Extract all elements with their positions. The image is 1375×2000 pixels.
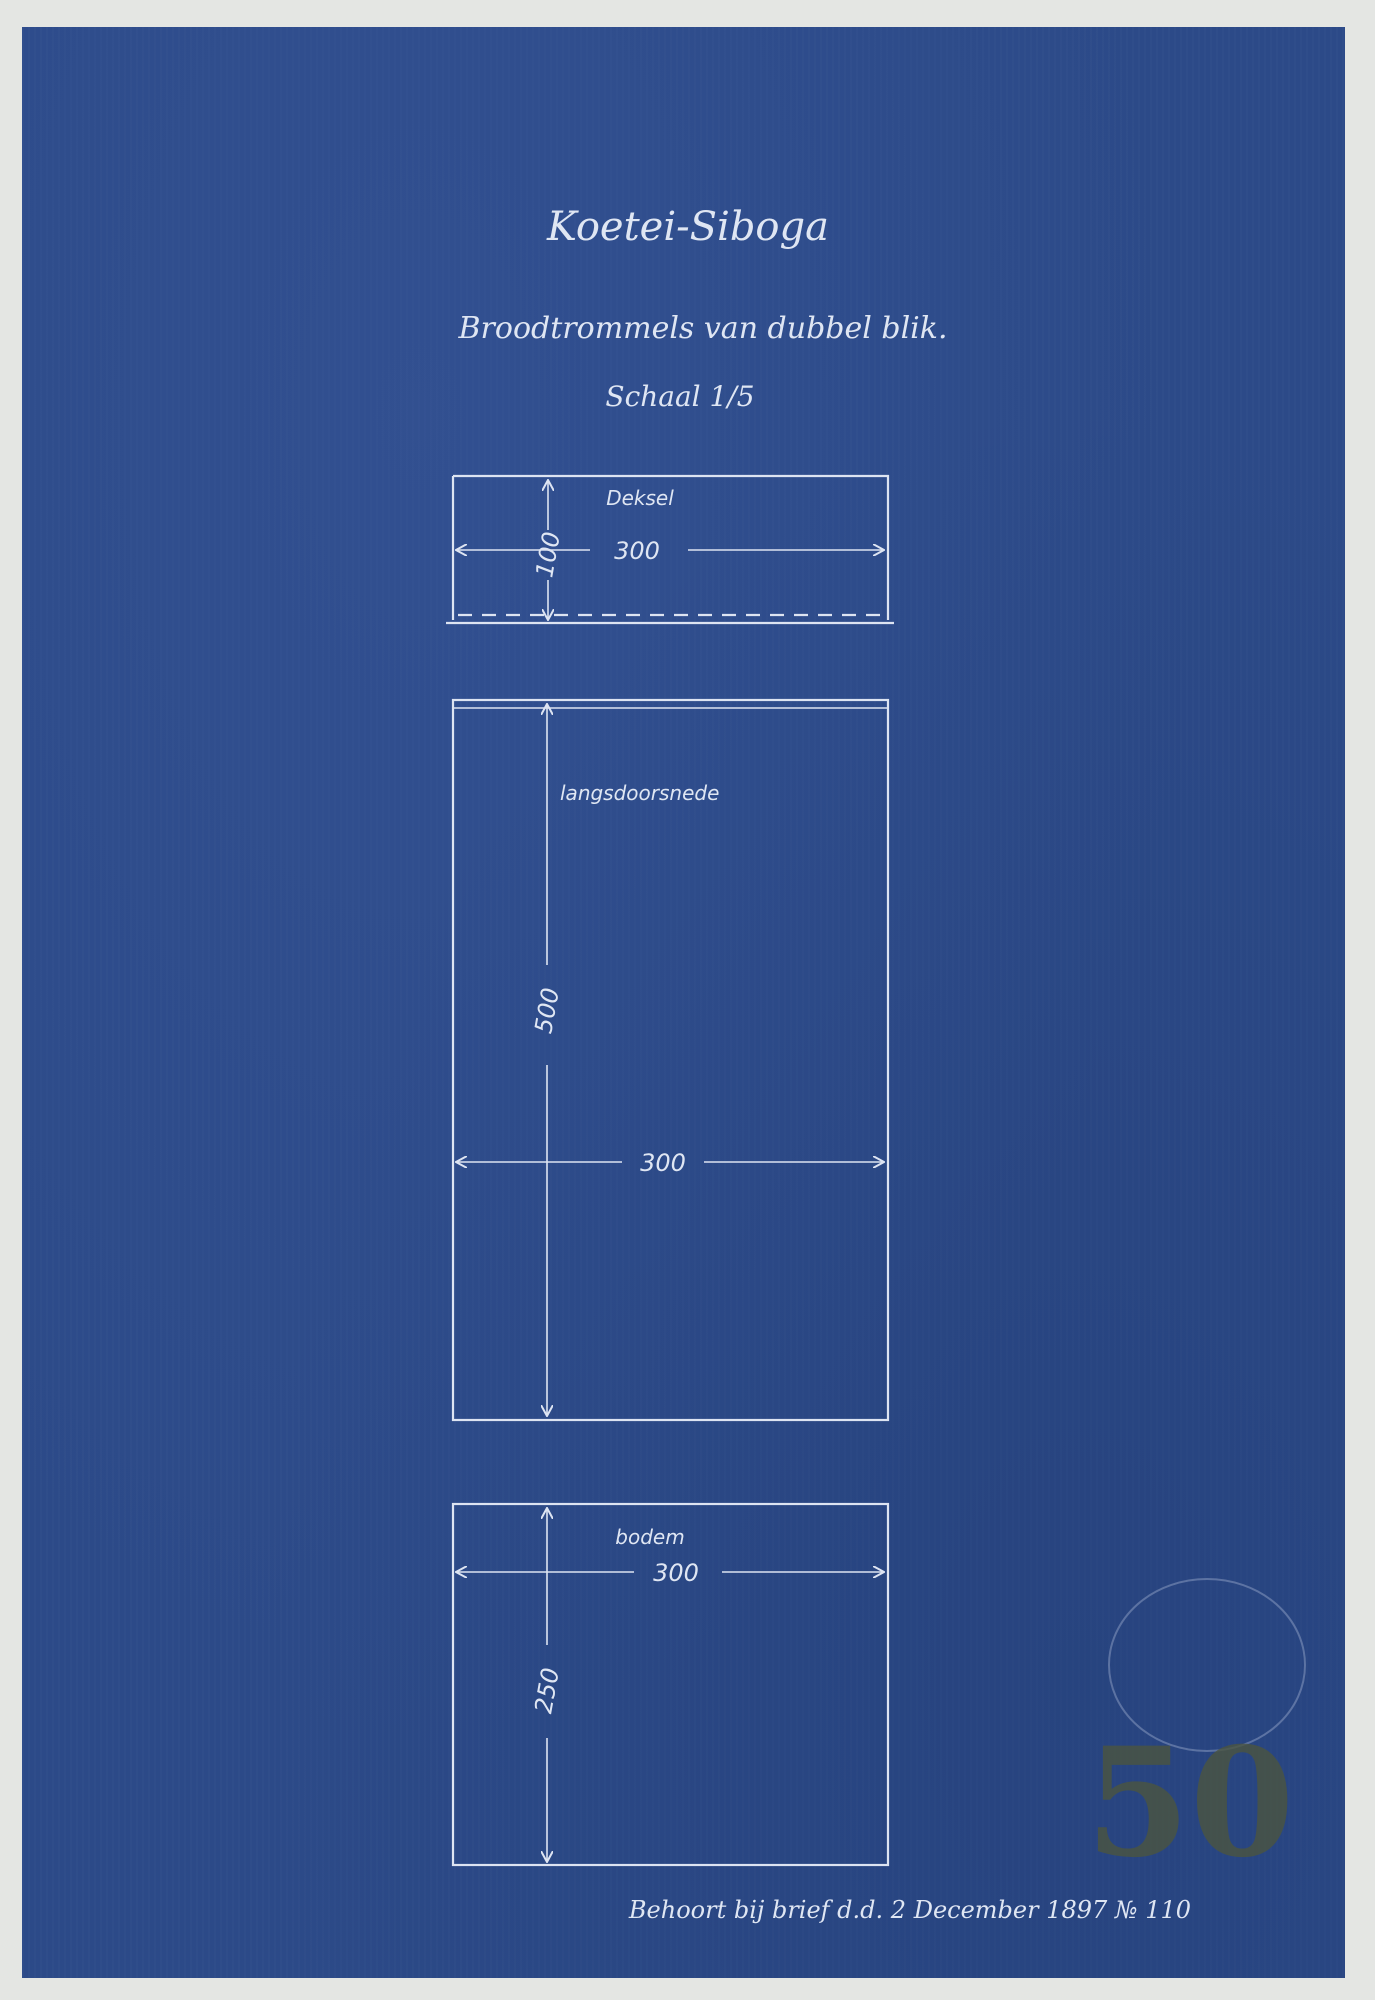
view-deksel: 100 300 Deksel <box>446 476 894 623</box>
deksel-height-label: 100 <box>530 530 566 580</box>
stencil-number: 50 <box>1086 1715 1295 1891</box>
view-bodem: 250 300 bodem <box>453 1504 888 1865</box>
title: Koetei-Siboga <box>546 204 829 250</box>
deksel-label: Deksel <box>606 486 674 510</box>
bodem-width-label: 300 <box>653 1559 699 1587</box>
bodem-height-label: 250 <box>529 1666 565 1716</box>
langsdoorsnede-outline <box>453 700 888 1420</box>
view-langsdoorsnede: 500 300 langsdoorsnede <box>453 700 888 1420</box>
langsdoorsnede-width-label: 300 <box>640 1149 686 1177</box>
blueprint-drawing: Koetei-Siboga Broodtrommels van dubbel b… <box>0 0 1375 2000</box>
langsdoorsnede-height-label: 500 <box>529 986 565 1036</box>
bodem-label: bodem <box>615 1525 684 1549</box>
footer-note: Behoort bij brief d.d. 2 December 1897 №… <box>628 1896 1191 1924</box>
langsdoorsnede-label: langsdoorsnede <box>560 781 719 805</box>
scale-label: Schaal 1/5 <box>605 380 754 413</box>
deksel-width-label: 300 <box>614 537 660 565</box>
subtitle: Broodtrommels van dubbel blik. <box>458 311 948 346</box>
